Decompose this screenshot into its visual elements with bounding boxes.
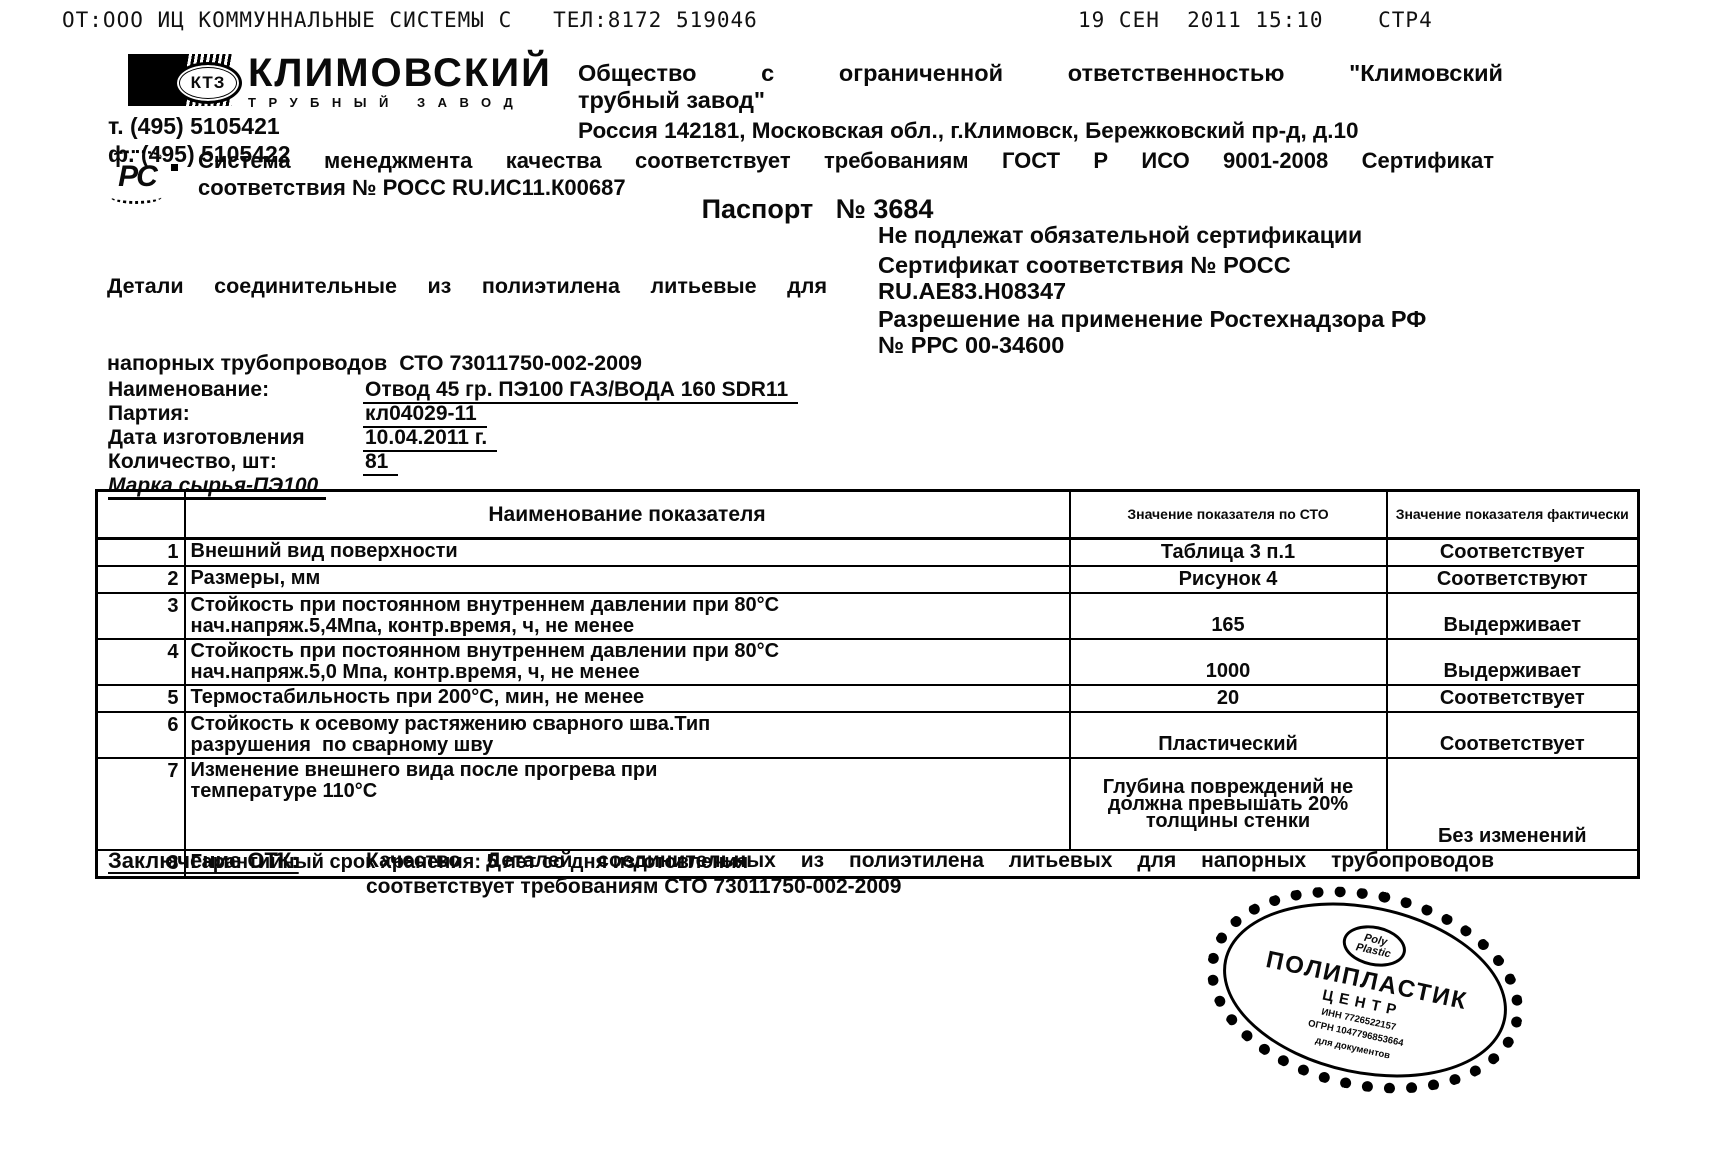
passport-title: Паспорт № 3684 (95, 194, 1540, 225)
spec-table-grid: Наименование показателя Значение показат… (95, 489, 1640, 879)
company-logo: КТЗ КЛИМОВСКИЙ ТРУБНЫЙ ЗАВОД (128, 54, 552, 110)
row-sto: Таблица 3 п.1 (1070, 539, 1387, 567)
fax-document-page: ОТ:ООО ИЦ КОММУННАЛЬНЫЕ СИСТЕМЫ С ТЕЛ:81… (0, 0, 1728, 1176)
row-sto: Глубина повреждений не должна превышать … (1070, 758, 1387, 850)
field-name-value: Отвод 45 гр. ПЭ100 ГАЗ/ВОДА 160 SDR11 (363, 378, 798, 404)
row-name-text: Стойкость к осевому растяжению сварного … (191, 714, 731, 756)
row-sto: 1000 (1070, 639, 1387, 685)
row-name: Стойкость при постоянном внутреннем давл… (185, 593, 1070, 639)
logo-text: КЛИМОВСКИЙ ТРУБНЫЙ ЗАВОД (248, 54, 552, 110)
product-line2: напорных трубопроводов СТО 73011750-002-… (107, 351, 827, 377)
row-name: Термостабильность при 200°С, мин, не мен… (185, 685, 1070, 712)
table-header-row: Наименование показателя Значение показат… (97, 491, 1639, 539)
table-row: 4 Стойкость при постоянном внутреннем да… (97, 639, 1639, 685)
row-fact: Без изменений (1387, 758, 1639, 850)
product-line1: Детали соединительные из полиэтилена лит… (107, 274, 827, 300)
company-address: Россия 142181, Московская обл., г.Климов… (578, 118, 1503, 144)
field-batch: Партия:кл04029-11 (108, 402, 798, 426)
row-sto: Рисунок 4 (1070, 566, 1387, 593)
row-fact: Выдерживает (1387, 593, 1639, 639)
row-name: Изменение внешнего вида после прогрева п… (185, 758, 1070, 850)
rostest-dot (171, 164, 178, 171)
row-name: Размеры, мм (185, 566, 1070, 593)
field-batch-label: Партия: (108, 402, 363, 426)
permit-line1: Разрешение на применение Ростехнадзора Р… (878, 306, 1426, 332)
row-name: Стойкость к осевому растяжению сварного … (185, 712, 1070, 758)
field-name: Наименование:Отвод 45 гр. ПЭ100 ГАЗ/ВОДА… (108, 378, 798, 402)
field-date: Дата изготовления10.04.2011 г. (108, 426, 798, 450)
row-name-text: Изменение внешнего вида после прогрева п… (191, 760, 691, 802)
row-sto: 165 (1070, 593, 1387, 639)
row-num: 5 (97, 685, 185, 712)
logo-title: КЛИМОВСКИЙ (248, 54, 552, 92)
row-num: 1 (97, 539, 185, 567)
certificate-line1: Сертификат соответствия № РОСС (878, 252, 1291, 278)
field-date-label: Дата изготовления (108, 426, 363, 450)
fax-header-left: ОТ:ООО ИЦ КОММУННАЛЬНЫЕ СИСТЕМЫ С ТЕЛ:81… (62, 8, 758, 32)
header-sto-cell: Значение показателя по СТО (1070, 491, 1387, 539)
row-num: 2 (97, 566, 185, 593)
row-fact: Соответствует (1387, 712, 1639, 758)
phone-line: т. (495) 5105421 (108, 112, 291, 140)
header-name-cell: Наименование показателя (185, 491, 1070, 539)
field-quantity-label: Количество, шт: (108, 450, 363, 474)
header-num-cell (97, 491, 185, 539)
certificate-line2: RU.АЕ83.Н08347 (878, 278, 1291, 304)
spec-table: Наименование показателя Значение показат… (95, 489, 1640, 879)
certificate-number: Сертификат соответствия № РОСС RU.АЕ83.Н… (878, 252, 1291, 305)
row-sto: Пластический (1070, 712, 1387, 758)
row-name: Внешний вид поверхности (185, 539, 1070, 567)
permit-line2: № РРС 00-34600 (878, 332, 1426, 358)
row-sto: 20 (1070, 685, 1387, 712)
logo-bar: КТЗ (128, 54, 232, 106)
product-fields: Наименование:Отвод 45 гр. ПЭ100 ГАЗ/ВОДА… (108, 378, 798, 474)
company-name-line1: Общество с ограниченной ответственностью… (578, 60, 1503, 87)
table-row: 3 Стойкость при постоянном внутреннем да… (97, 593, 1639, 639)
company-name-line2: трубный завод" (578, 87, 1503, 114)
row-fact: Соответствуют (1387, 566, 1639, 593)
row-num: 6 (97, 712, 185, 758)
row-fact: Соответствует (1387, 685, 1639, 712)
row-num: 4 (97, 639, 185, 685)
row-name-text: Стойкость при постоянном внутреннем давл… (191, 595, 831, 637)
ktz-badge-icon: КТЗ (174, 62, 242, 104)
field-quantity-value: 81 (363, 450, 398, 476)
rostechnadzor-permit: Разрешение на применение Ростехнадзора Р… (878, 306, 1426, 359)
conclusion-line1: Качество Деталей соединительных из полиэ… (366, 848, 1494, 874)
row-fact: Выдерживает (1387, 639, 1639, 685)
logo-subtitle: ТРУБНЫЙ ЗАВОД (248, 95, 552, 110)
row-name-text: Стойкость при постоянном внутреннем давл… (191, 641, 831, 683)
table-row: 6 Стойкость к осевому растяжению сварног… (97, 712, 1639, 758)
field-date-value: 10.04.2011 г. (363, 426, 497, 452)
no-certification-note: Не подлежат обязательной сертификации (878, 222, 1362, 249)
table-row: 1 Внешний вид поверхности Таблица 3 п.1 … (97, 539, 1639, 567)
table-row: 2 Размеры, мм Рисунок 4 Соответствуют (97, 566, 1639, 593)
company-name: Общество с ограниченной ответственностью… (578, 60, 1503, 113)
field-name-label: Наименование: (108, 378, 363, 402)
row-num: 3 (97, 593, 185, 639)
fax-header-right: 19 СЕН 2011 15:10 СТР4 (1078, 8, 1433, 32)
field-batch-value: кл04029-11 (363, 402, 487, 428)
table-row: 5 Термостабильность при 200°С, мин, не м… (97, 685, 1639, 712)
field-quantity: Количество, шт:81 (108, 450, 798, 474)
qms-line1: Система менеджмента качества соответству… (198, 148, 1494, 175)
table-row: 7 Изменение внешнего вида после прогрева… (97, 758, 1639, 850)
row-num: 7 (97, 758, 185, 850)
row-fact: Соответствует (1387, 539, 1639, 567)
conclusion-label: Заключение ОТК: (108, 848, 366, 901)
row-name: Стойкость при постоянном внутреннем давл… (185, 639, 1070, 685)
header-fact-cell: Значение показателя фактически (1387, 491, 1639, 539)
